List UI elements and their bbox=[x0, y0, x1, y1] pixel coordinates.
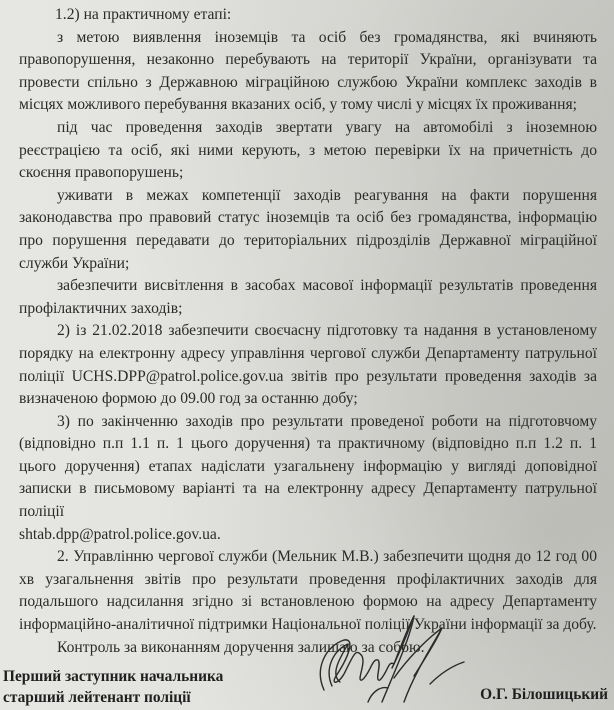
paragraph-identify-foreigners: з метою виявлення іноземців та осіб без … bbox=[19, 27, 597, 117]
document-body: 1.2) на практичному етапі: з метою виявл… bbox=[19, 4, 597, 659]
document-page: 1.2) на практичному етапі: з метою виявл… bbox=[0, 0, 614, 710]
handwritten-signature-icon bbox=[296, 598, 496, 710]
signature-block: Перший заступник начальника старший лейт… bbox=[3, 666, 223, 708]
paragraph-summary-item-3: 3) по закінченню заходів про результати … bbox=[19, 411, 597, 524]
paragraph-media-coverage: забезпечити висвітлення в засобах масово… bbox=[19, 275, 597, 320]
paragraph-response-measures: уживати в межах компетенції заходів реаг… bbox=[19, 185, 597, 275]
signer-name: О.Г. Білошицький bbox=[480, 686, 608, 704]
email-shtab: shtab.dpp@patrol.police.gov.ua. bbox=[19, 524, 597, 547]
paragraph-practical-stage-heading: 1.2) на практичному етапі: bbox=[19, 4, 597, 27]
paragraph-vehicles-check: під час проведення заходів звертати уваг… bbox=[19, 117, 597, 185]
signer-rank: старший лейтенант поліції bbox=[3, 687, 223, 708]
paragraph-reporting-item-2: 2) із 21.02.2018 забезпечити своєчасну п… bbox=[19, 320, 597, 410]
signer-position: Перший заступник начальника bbox=[3, 666, 223, 687]
